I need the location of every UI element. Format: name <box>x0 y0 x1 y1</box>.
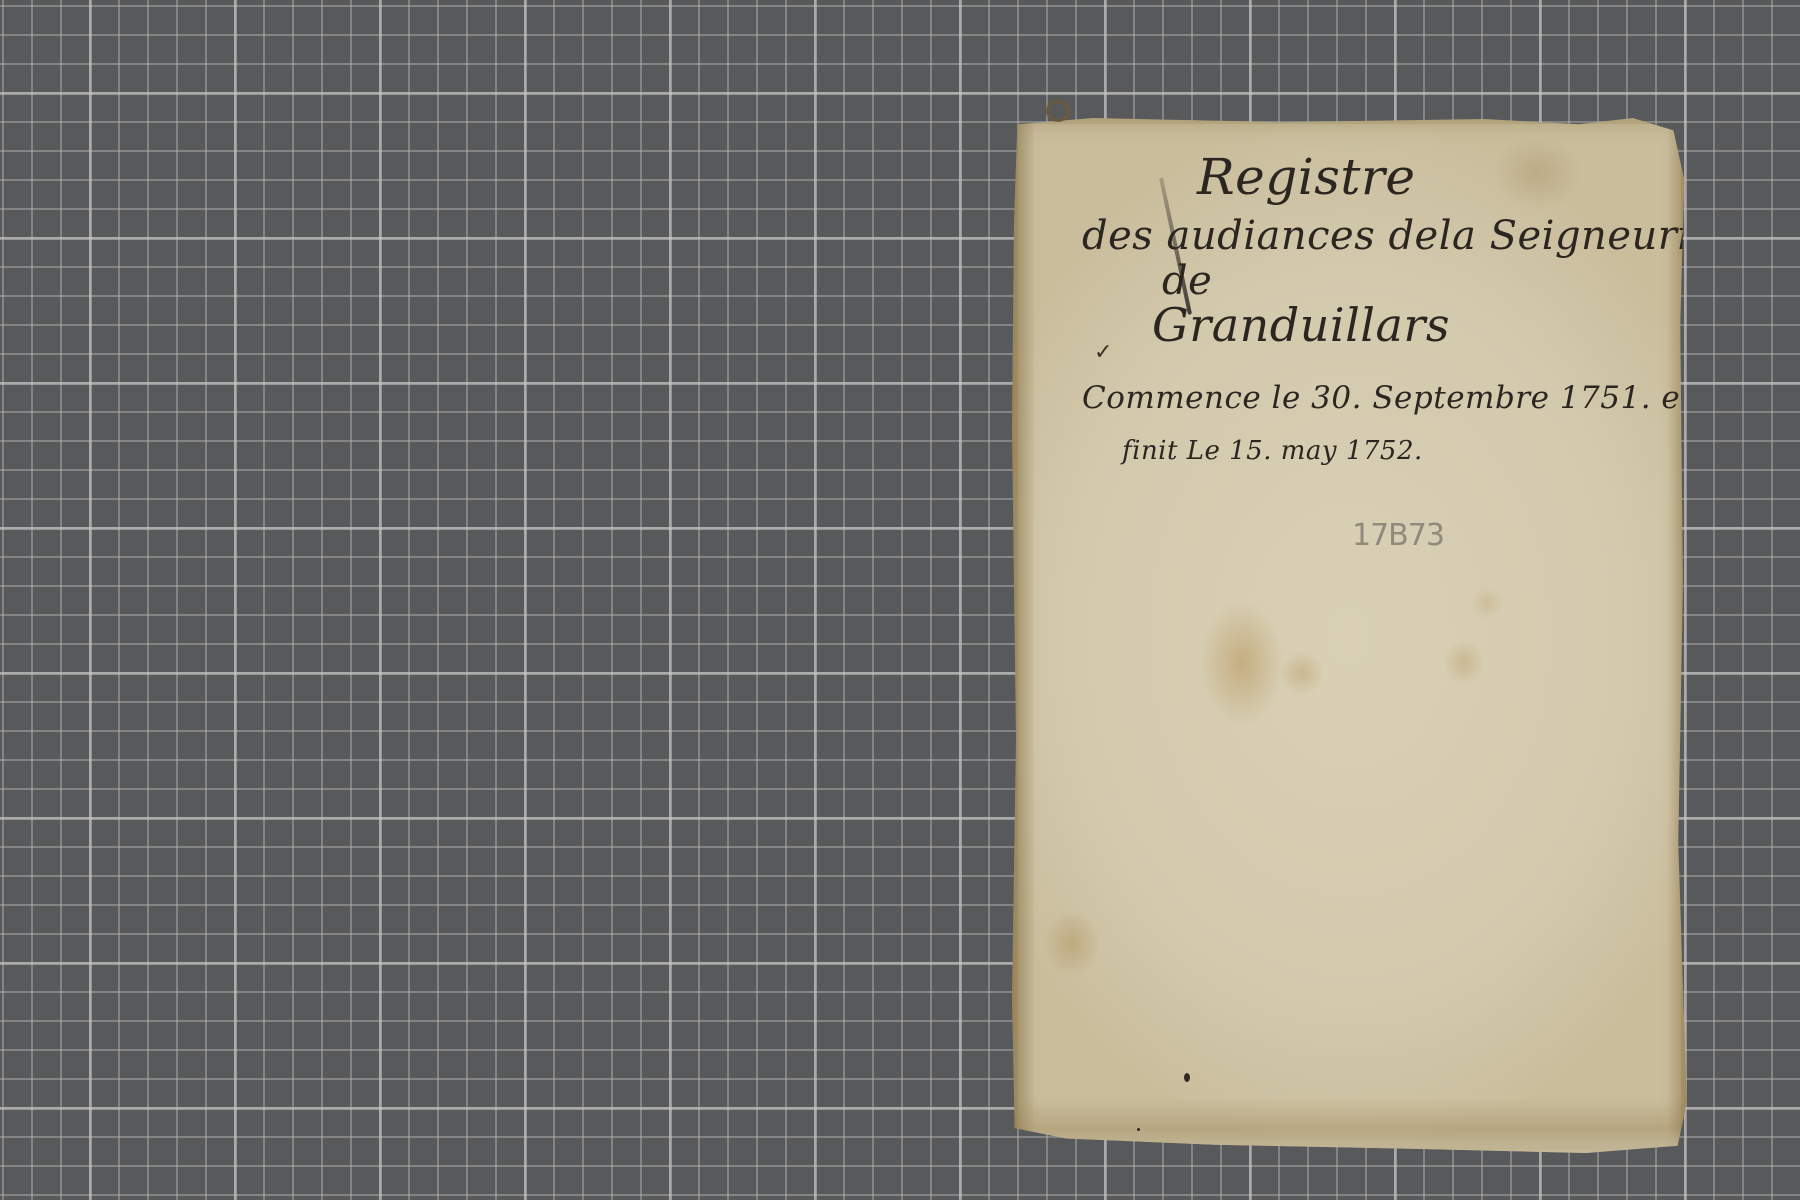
register-cover-page: Registre des audiances dela Seigneurie d… <box>1012 118 1687 1153</box>
ink-spot <box>1184 1073 1190 1082</box>
archive-call-number: 17B73 <box>1352 518 1444 553</box>
document-start-date: Commence le 30. Septembre 1751. et <box>1082 380 1693 416</box>
margin-check-icon: ✓ <box>1094 340 1112 365</box>
binding-thread-loop <box>1046 100 1070 122</box>
page-edge-left <box>1012 118 1034 1153</box>
document-title: Registre <box>1197 148 1415 206</box>
ink-spot <box>1137 1128 1140 1131</box>
document-end-date: finit Le 15. may 1752. <box>1122 436 1423 466</box>
document-subtitle: des audiances dela Seigneurie <box>1082 213 1715 259</box>
document-place-name: Granduillars <box>1152 298 1450 352</box>
